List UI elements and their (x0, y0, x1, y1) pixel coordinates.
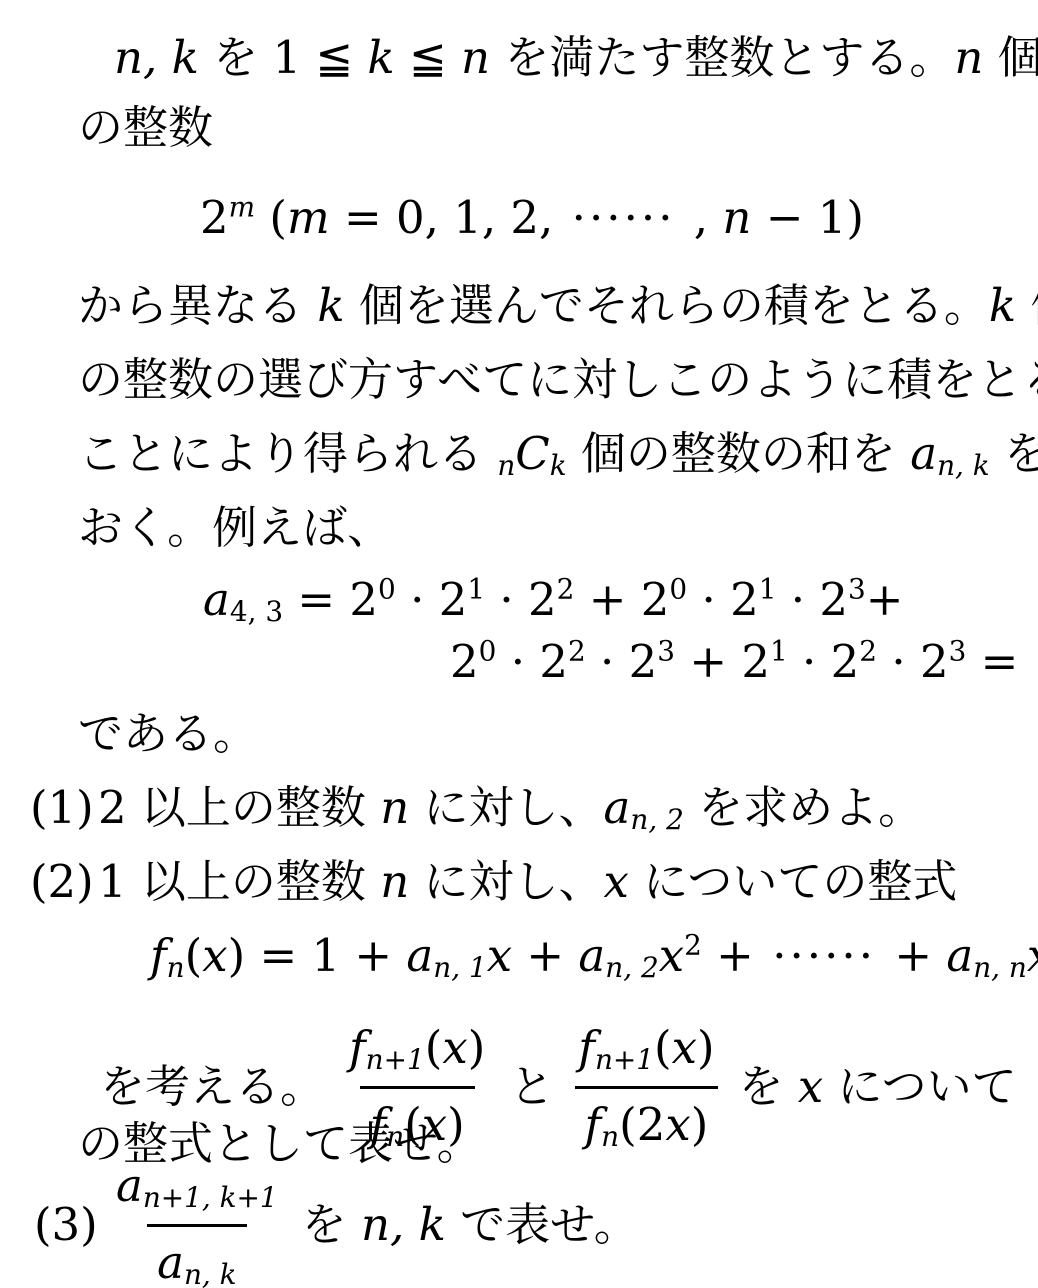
paren: ( (185, 929, 203, 982)
binomial-subscript: k (550, 449, 567, 482)
text-run: 個 (1016, 279, 1038, 332)
math-exponent: m (229, 190, 255, 223)
math-var: a (946, 929, 973, 982)
power-base: 2 (831, 635, 860, 688)
math-var: x (798, 1060, 823, 1113)
paren: ) (691, 1098, 709, 1151)
power-exponent: 2 (568, 634, 586, 667)
power-base: 2 (539, 635, 568, 688)
text-run: ことにより得られる (78, 427, 497, 480)
text-run: 1 以上の整数 (98, 855, 380, 908)
math-func: f (585, 1098, 602, 1151)
cdot-operator: · (496, 635, 539, 688)
formula-a43-row-2: 20 · 22 · 23 + 21 · 22 · 23 = 120 (450, 634, 1038, 690)
math-subscript: n+1 (366, 1043, 425, 1076)
math-var: a (116, 1159, 143, 1212)
cdot-operator: · (877, 635, 920, 688)
intro-line-2: の整数 (78, 100, 213, 156)
plus-operator: + (675, 635, 741, 688)
text-run: で表せ。 (446, 1198, 639, 1251)
math-func: f (578, 1021, 595, 1074)
binomial-prescript: n (497, 449, 515, 482)
text-run: と (509, 1059, 554, 1115)
text-run: 2 以上の整数 (98, 781, 380, 834)
power-base: 2 (528, 573, 557, 626)
power-base: 2 (730, 573, 759, 626)
math-subscript: n (601, 1120, 619, 1153)
math-var: n, k (361, 1198, 446, 1251)
binomial-C: C (515, 427, 549, 480)
formula-2m: 2m (m = 0, 1, 2, ······ , n − 1) (200, 190, 864, 246)
power-base: 2 (439, 573, 468, 626)
power-exponent: 2 (557, 572, 575, 605)
math-var: n (722, 191, 751, 244)
formula-a43-row-1: a4, 3 = 20 · 21 · 22 + 20 · 21 · 23+ (203, 572, 903, 630)
math-subscript: n, 2 (630, 803, 683, 836)
math-var: n, k (114, 31, 199, 84)
text-run: の整数 (78, 101, 213, 154)
power-exponent: 1 (467, 572, 485, 605)
math-subscript: n, 2 (605, 951, 658, 984)
body-line-3: ことにより得られる nCk 個の整数の和を an, k を (78, 426, 1038, 484)
text-run: についての整式 (629, 855, 957, 908)
math-subscript: n, k (184, 1258, 237, 1288)
math-var: x (202, 929, 227, 982)
power-exponent: 1 (759, 572, 777, 605)
math-var: n (380, 855, 409, 908)
math-subscript: n, 1 (433, 951, 486, 984)
math-var: n (954, 31, 983, 84)
math-subscript: n, n (973, 951, 1027, 984)
math-run: = 0, 1, 2, (330, 191, 568, 244)
text-run: を (739, 1060, 798, 1113)
text-group: を n, k で表せ。 (302, 1197, 639, 1253)
math-var: k (989, 279, 1016, 332)
power-base: 2 (819, 573, 848, 626)
math-func: f (349, 1021, 366, 1074)
paren: ( (255, 191, 287, 244)
power-exponent: 0 (479, 634, 497, 667)
text-run: に対し、 (409, 781, 603, 834)
math-var: x (659, 929, 684, 982)
plus-operator: + (702, 929, 768, 982)
math-run: ) = 1 + (228, 929, 407, 982)
math-var: n (380, 781, 409, 834)
item-2-marker: (2) (30, 854, 98, 910)
paren: ) (468, 1021, 486, 1074)
text-run: 個 (983, 31, 1038, 84)
text-run: を満たす整数とする。 (490, 31, 954, 84)
math-var: a (578, 929, 605, 982)
math-subscript: 4, 3 (230, 595, 283, 628)
plus-operator: + (512, 929, 578, 982)
math-var: a (157, 1236, 184, 1288)
power-exponent: 3 (657, 634, 675, 667)
math-var: x (1027, 929, 1038, 982)
formula-fn: fn(x) = 1 + an, 1x + an, 2x2 + ······ + … (150, 928, 1038, 986)
math-var: x (442, 1021, 467, 1074)
text-run: を (199, 31, 273, 84)
math-var: x (604, 855, 629, 908)
paren: ( (425, 1021, 443, 1074)
equals-sign: = (283, 573, 349, 626)
fraction-numerator: fn+1(x) (339, 1020, 495, 1086)
text-run: に対し、 (409, 855, 603, 908)
fraction-numerator: an+1, k+1 (106, 1158, 288, 1224)
power-exponent: 0 (669, 572, 687, 605)
math-var: m (287, 191, 330, 244)
item-2: (2)1 以上の整数 n に対し、x についての整式 (30, 854, 957, 910)
fraction-fn1-over-fn2x: fn+1(x) fn(2x) (568, 1020, 724, 1155)
math-base: 2 (200, 191, 229, 244)
equals-result: = 120 (966, 635, 1038, 688)
item-3: (3) an+1, k+1 an, k を n, k で表せ。 (34, 1158, 639, 1288)
body-line-4: おく。例えば、 (78, 500, 392, 556)
cdot-operator: · (396, 573, 439, 626)
text-run: を考える。 (100, 1059, 325, 1115)
math-run: − 1) (751, 191, 864, 244)
text-run: おく。例えば、 (78, 501, 392, 554)
math-var: k (317, 279, 344, 332)
math-subscript: n, k (937, 449, 990, 482)
math-subscript: n (167, 951, 185, 984)
plus-operator: + (574, 573, 640, 626)
math-var: x (672, 1021, 697, 1074)
math-var: n (461, 31, 490, 84)
body-line-1: から異なる k 個を選んでそれらの積をとる。k 個 (78, 278, 1038, 334)
math-run: , (680, 191, 723, 244)
power-exponent: 3 (848, 572, 866, 605)
math-subscript: n+1 (595, 1043, 654, 1076)
cdot-operator: · (586, 635, 629, 688)
math-run: 1 ≦ (272, 31, 367, 84)
text-run: から異なる (78, 279, 317, 332)
math-var: x (487, 929, 512, 982)
fraction-numerator: fn+1(x) (568, 1020, 724, 1086)
power-exponent: 0 (378, 572, 396, 605)
fraction-denominator: an, k (147, 1224, 246, 1288)
power-base: 2 (641, 573, 670, 626)
math-subscript: n+1, k+1 (143, 1181, 278, 1214)
power-base: 2 (920, 635, 949, 688)
cdots-ellipsis: ······ (572, 191, 676, 244)
power-base: 2 (349, 573, 378, 626)
intro-line-1: n, k を 1 ≦ k ≦ n を満たす整数とする。n 個 (114, 30, 1038, 86)
power-base: 2 (741, 635, 770, 688)
item-1-marker: (1) (30, 780, 98, 836)
math-var: a (406, 929, 433, 982)
math-var: a (203, 573, 230, 626)
item-1: (1)2 以上の整数 n に対し、an, 2 を求めよ。 (30, 780, 923, 838)
text-run: について (823, 1060, 1016, 1113)
text-run: を求めよ。 (684, 781, 923, 834)
math-var: a (910, 427, 937, 480)
math-exponent: 2 (684, 928, 702, 961)
power-exponent: 1 (770, 634, 788, 667)
fraction-denominator: fn(2x) (575, 1086, 719, 1155)
cdot-operator: · (776, 573, 819, 626)
cdot-operator: · (788, 635, 831, 688)
math-problem-page: n, k を 1 ≦ k ≦ n を満たす整数とする。n 個 の整数 2m (m… (0, 0, 1038, 1288)
outro-line: である。 (78, 706, 258, 762)
math-var: x (665, 1098, 690, 1151)
paren: ( (654, 1021, 672, 1074)
math-var: a (604, 781, 631, 834)
power-exponent: 2 (859, 634, 877, 667)
body-line-2: の整数の選び方すべてに対しこのように積をとる (78, 352, 1038, 408)
leq-symbol: ≦ (395, 31, 461, 84)
text-run: 個を選んでそれらの積をとる。 (345, 279, 989, 332)
fraction-a-ratio: an+1, k+1 an, k (106, 1158, 288, 1288)
text-group: を x について (739, 1059, 1017, 1115)
paren: ) (697, 1021, 715, 1074)
item-3-marker: (3) (34, 1197, 102, 1253)
power-base: 2 (629, 635, 658, 688)
cdot-operator: · (485, 573, 528, 626)
paren: (2 (619, 1098, 665, 1151)
text-run: を (302, 1198, 361, 1251)
text-run: の整数の選び方すべてに対しこのように積をとる (78, 353, 1038, 406)
plus-operator: + (880, 929, 946, 982)
text-run: である。 (78, 707, 258, 760)
math-func: f (150, 929, 167, 982)
plus-operator: + (866, 573, 904, 626)
power-base: 2 (450, 635, 479, 688)
math-var: k (367, 31, 394, 84)
cdot-operator: · (687, 573, 730, 626)
text-run: 個の整数の和を (567, 427, 911, 480)
power-exponent: 3 (949, 634, 967, 667)
cdots-ellipsis: ······ (772, 929, 876, 982)
text-run: を (990, 427, 1038, 480)
